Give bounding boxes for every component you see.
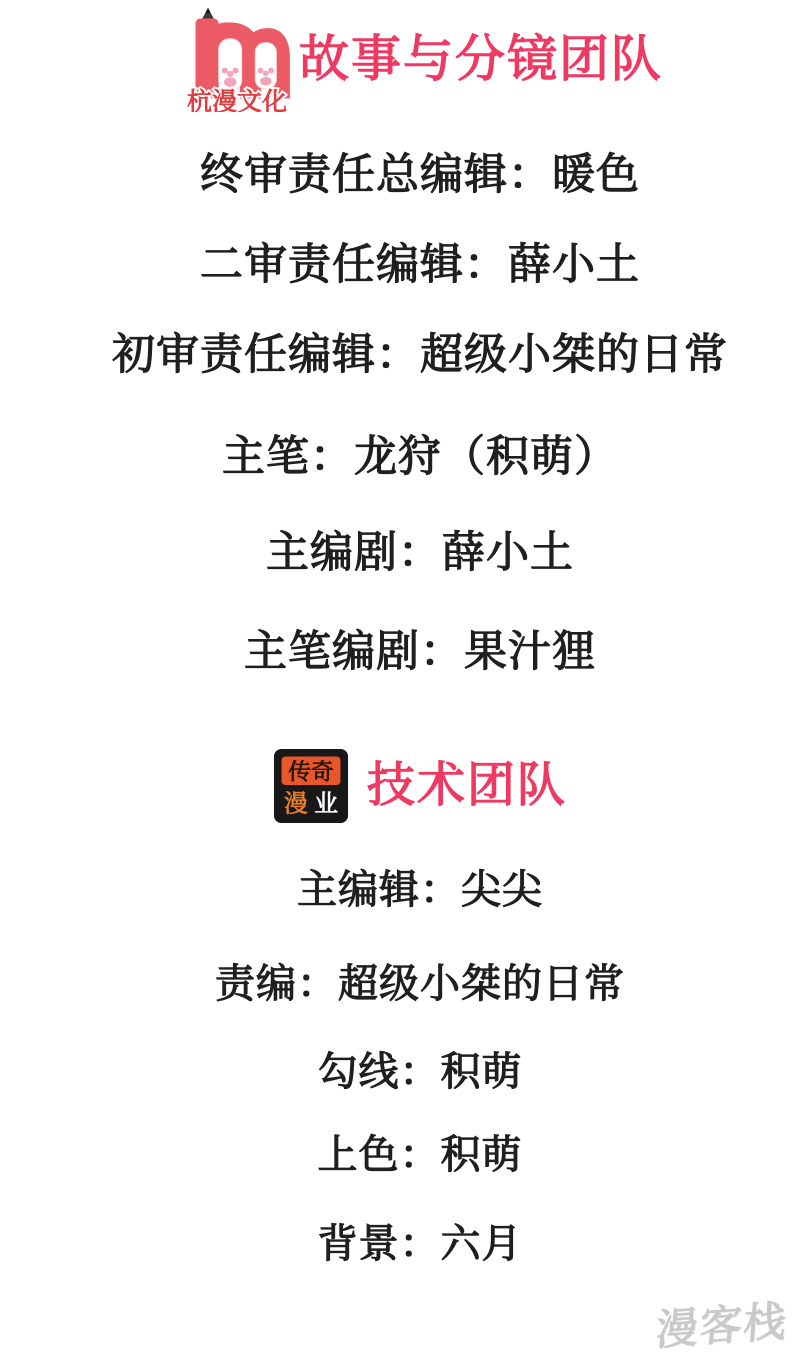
- manye-text-left: 漫: [284, 791, 308, 818]
- mankezhan-watermark: 漫客栈: [654, 1288, 790, 1355]
- story-team-title: 故事与分镜团队: [299, 33, 663, 86]
- story-team-header: 杭漫文化 故事与分镜团队: [40, 6, 800, 112]
- credit-line: 背景：六月: [40, 1222, 800, 1266]
- hangman-culture-brand-text: 杭漫文化: [187, 88, 287, 112]
- cat-paw-icon: [219, 39, 242, 91]
- tech-team-title: 技术团队: [367, 761, 567, 811]
- credit-line: 主编辑：尖尖: [40, 868, 800, 912]
- credit-line: 责编：超级小桀的日常: [40, 962, 800, 1006]
- credit-line: 二审责任编辑：薛小土: [40, 242, 800, 289]
- credit-line: 主笔编剧：果汁狸: [40, 629, 800, 676]
- cat-paw-icon: [255, 43, 276, 89]
- credit-line: 初审责任编辑：超级小桀的日常: [40, 332, 800, 379]
- credit-line: 勾线：积萌: [40, 1050, 800, 1094]
- credit-line: 主笔：龙狩（积萌）: [40, 434, 800, 481]
- credit-line: 上色：积萌: [40, 1133, 800, 1177]
- tech-team-header: 传奇 漫 业 技术团队: [40, 746, 800, 826]
- svg-text:漫 业: 漫 业: [284, 791, 338, 818]
- chuanqi-manye-logo-icon: 传奇 漫 业: [273, 748, 349, 824]
- credits-page: 杭漫文化 故事与分镜团队 终审责任总编辑：暖色 二审责任编辑：薛小土 初审责任编…: [0, 0, 800, 1355]
- hangman-culture-logo-icon: 杭漫文化: [177, 6, 293, 112]
- credit-line: 终审责任总编辑：暖色: [40, 152, 800, 199]
- credit-line: 主编剧：薛小土: [40, 530, 800, 577]
- manye-text-right: 业: [314, 791, 338, 818]
- chuanqi-badge-text: 传奇: [287, 758, 334, 784]
